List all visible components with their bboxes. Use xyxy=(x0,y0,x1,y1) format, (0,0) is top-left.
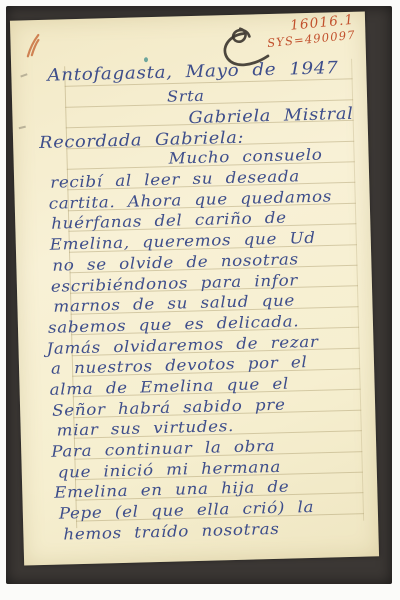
orange-scribble-icon xyxy=(22,32,45,61)
addressee-name: Gabriela Mistral xyxy=(188,103,353,128)
pencil-tick xyxy=(20,73,27,77)
addressee-title: Srta xyxy=(167,86,205,108)
catalog-annotation: 16016.1 SYS=490097 xyxy=(265,13,356,51)
ink-speck xyxy=(144,57,148,62)
body-line: hemos traído nosotras xyxy=(63,519,280,546)
letter-paper: 16016.1 SYS=490097 Antofagasta, Mayo de … xyxy=(10,11,379,565)
pencil-tick xyxy=(19,126,26,129)
